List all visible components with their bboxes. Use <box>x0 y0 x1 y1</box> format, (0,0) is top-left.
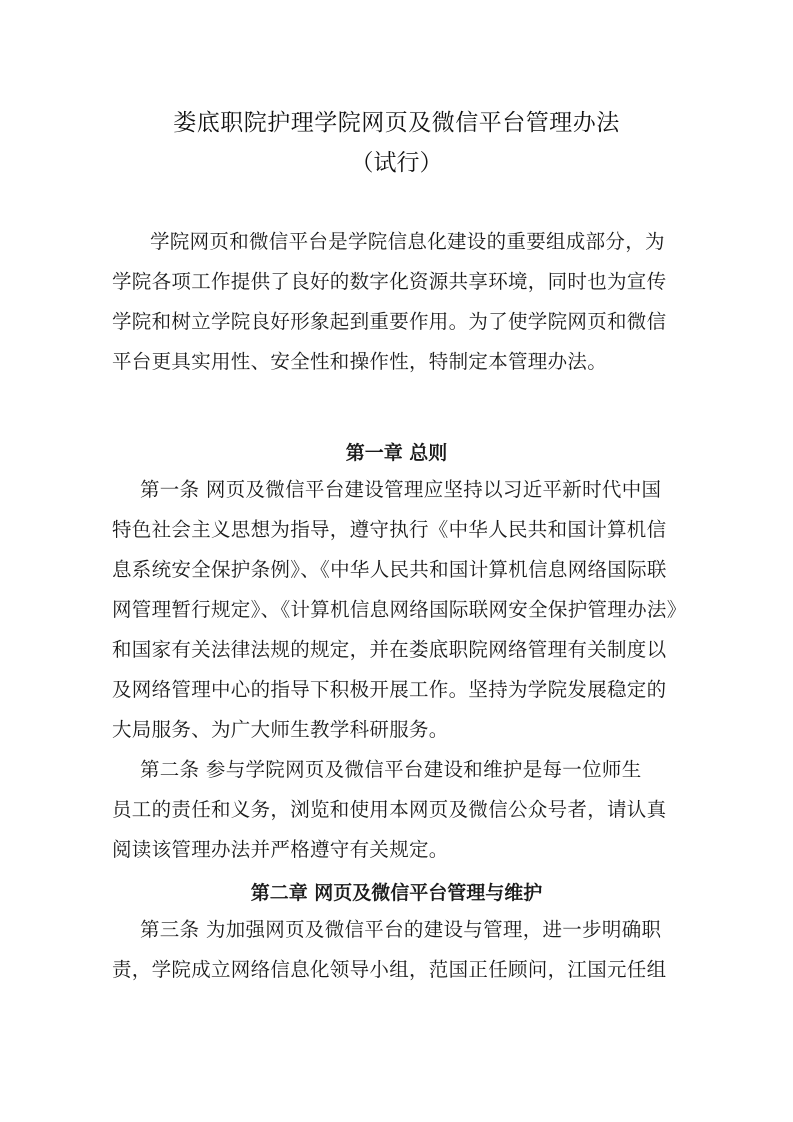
article-line: 网管理暂行规定》、《计算机信息网络国际联网安全保护管理办法》 <box>112 598 682 622</box>
article-line: 员工的责任和义务，浏览和使用本网页及微信公众号者，请认真 <box>112 798 682 822</box>
intro-line: 学院网页和微信平台是学院信息化建设的重要组成部分，为 <box>150 230 720 254</box>
article-line: 阅读该管理办法并严格遵守有关规定。 <box>112 838 682 862</box>
article-line: 特色社会主义思想为指导，遵守执行《中华人民共和国计算机信 <box>112 518 682 542</box>
article-line: 及网络管理中心的指导下积极开展工作。坚持为学院发展稳定的 <box>112 678 682 702</box>
article-line: 责，学院成立网络信息化领导小组，范国正任顾问，江国元任组 <box>112 958 682 982</box>
article-line: 和国家有关法律法规的规定，并在娄底职院网络管理有关制度以 <box>112 638 682 662</box>
article-line: 第三条 为加强网页及微信平台的建设与管理，进一步明确职 <box>140 918 710 942</box>
intro-line: 学院各项工作提供了良好的数字化资源共享环境，同时也为宣传 <box>112 270 682 294</box>
intro-line: 平台更具实用性、安全性和操作性，特制定本管理办法。 <box>112 350 682 374</box>
chapter-heading: 第一章 总则 <box>0 438 793 465</box>
chapter-heading: 第二章 网页及微信平台管理与维护 <box>0 878 793 905</box>
article-line: 第二条 参与学院网页及微信平台建设和维护是每一位师生 <box>140 758 710 782</box>
document-subtitle: （试行） <box>0 144 793 177</box>
document-page: 娄底职院护理学院网页及微信平台管理办法 （试行） 学院网页和微信平台是学院信息化… <box>0 0 793 1122</box>
article-line: 第一条 网页及微信平台建设管理应坚持以习近平新时代中国 <box>140 478 710 502</box>
article-line: 大局服务、为广大师生教学科研服务。 <box>112 718 682 742</box>
article-line: 息系统安全保护条例》、《中华人民共和国计算机信息网络国际联 <box>112 558 682 582</box>
intro-line: 学院和树立学院良好形象起到重要作用。为了使学院网页和微信 <box>112 310 682 334</box>
document-title: 娄底职院护理学院网页及微信平台管理办法 <box>0 104 793 137</box>
